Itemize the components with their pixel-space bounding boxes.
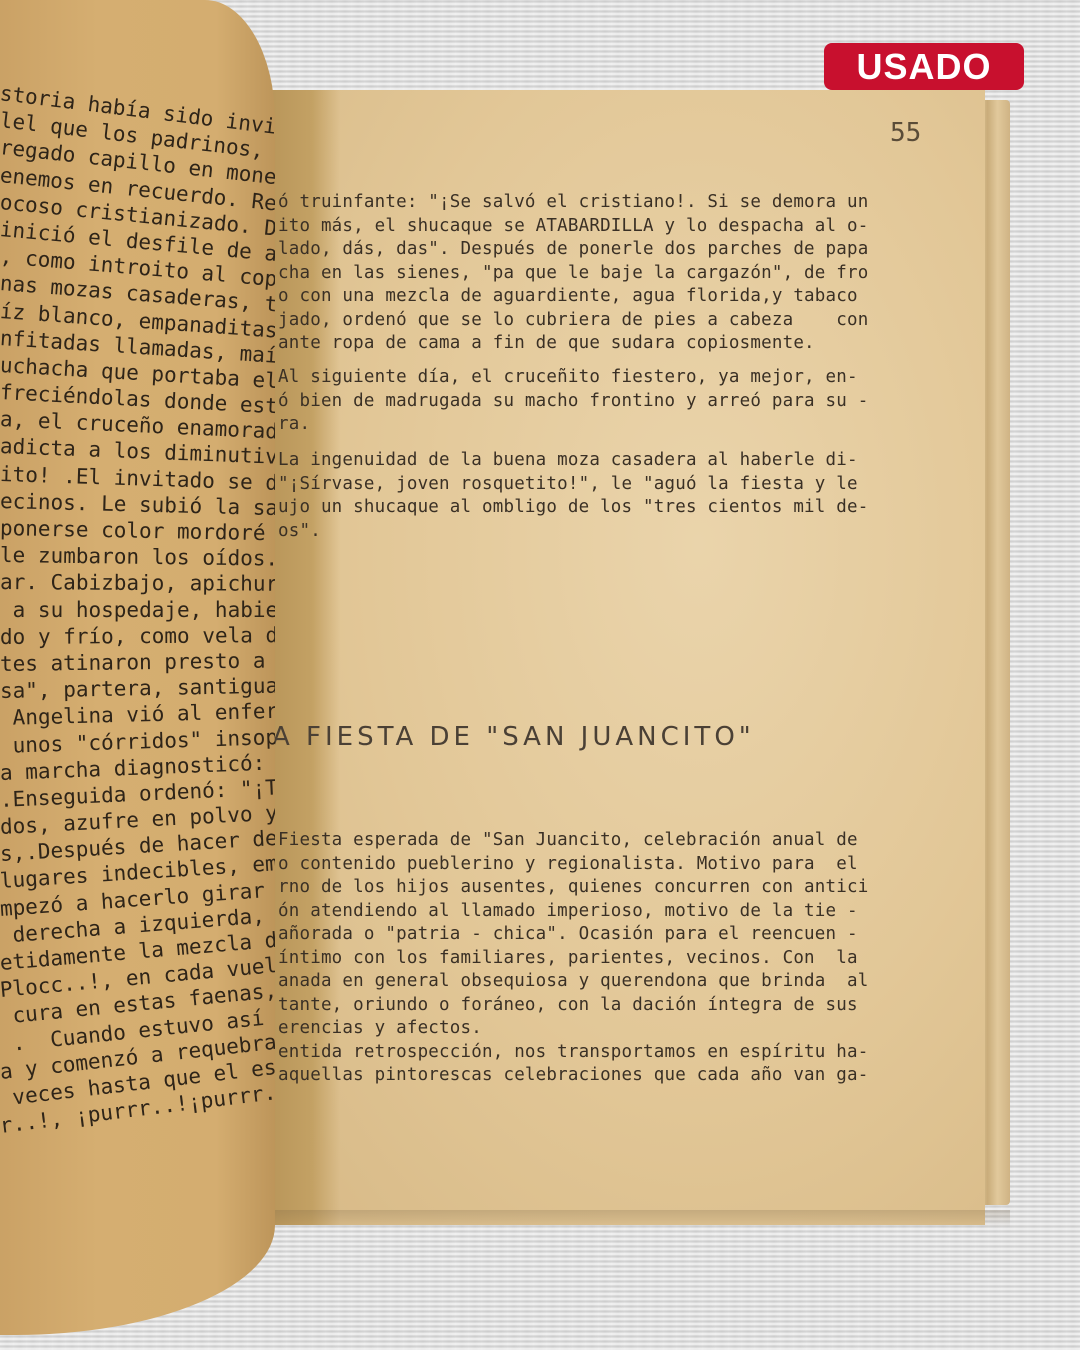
- text-line: entida retrospección, nos transportamos …: [278, 1041, 868, 1065]
- text-line: ujo un shucaque al ombligo de los "tres …: [278, 496, 868, 520]
- paragraph-3: La ingenuidad de la buena moza casadera …: [278, 449, 868, 543]
- page-number: 55: [890, 118, 921, 148]
- text-line: aquellas pintorescas celebraciones que c…: [278, 1064, 868, 1088]
- text-line: tante, oriundo o foráneo, con la dación …: [278, 994, 868, 1018]
- text-line: ito más, el shucaque se ATABARDILLA y lo…: [278, 215, 868, 239]
- text-line: Al siguiente día, el cruceñito fiestero,…: [278, 366, 868, 390]
- text-line: erencias y afectos.: [278, 1017, 868, 1041]
- chapter-title: A FIESTA DE "SAN JUANCITO": [272, 722, 755, 752]
- text-line: ó truinfante: "¡Se salvó el cristiano!. …: [278, 191, 868, 215]
- text-line: íntimo con los familiares, parientes, ve…: [278, 947, 868, 971]
- text-line: o contenido pueblerino y regionalista. M…: [278, 853, 868, 877]
- text-line: lado, dás, das". Después de ponerle dos …: [278, 238, 868, 262]
- page-bottom-shadow: [270, 1210, 1010, 1228]
- used-condition-badge: USADO: [824, 43, 1024, 90]
- text-line: cha en las sienes, "pa que le baje la ca…: [278, 262, 868, 286]
- paragraph-1: ó truinfante: "¡Se salvó el cristiano!. …: [278, 191, 868, 356]
- text-line: ó bien de madrugada su macho frontino y …: [278, 390, 868, 414]
- text-line: rno de los hijos ausentes, quienes concu…: [278, 876, 868, 900]
- text-line: o con una mezcla de aguardiente, agua fl…: [278, 285, 868, 309]
- text-line: anada en general obsequiosa y querendona…: [278, 970, 868, 994]
- text-line: añorada o "patria - chica". Ocasión para…: [278, 923, 868, 947]
- text-line: ante ropa de cama a fin de que sudara co…: [278, 332, 868, 356]
- text-line: jado, ordenó que se lo cubriera de pies …: [278, 309, 868, 333]
- text-line: Fiesta esperada de "San Juancito, celebr…: [278, 829, 868, 853]
- left-page-text: storia había sido invitadolel que los pa…: [0, 80, 275, 1190]
- text-line: ar. Cabizbajo, apichurrado: [0, 569, 275, 598]
- text-line: ón atendiendo al llamado imperioso, moti…: [278, 900, 868, 924]
- text-line: do y frío, como vela de sebo: [0, 622, 275, 651]
- paragraph-4: Fiesta esperada de "San Juancito, celebr…: [278, 829, 868, 1088]
- text-line: "¡Sírvase, joven rosquetito!", le "aguó …: [278, 473, 868, 497]
- paragraph-2: Al siguiente día, el cruceñito fiestero,…: [278, 366, 868, 437]
- text-line: os".: [278, 520, 868, 544]
- text-line: La ingenuidad de la buena moza casadera …: [278, 449, 868, 473]
- text-line: a su hospedaje, habiendo ca: [0, 597, 275, 624]
- text-line: ra.: [278, 413, 868, 437]
